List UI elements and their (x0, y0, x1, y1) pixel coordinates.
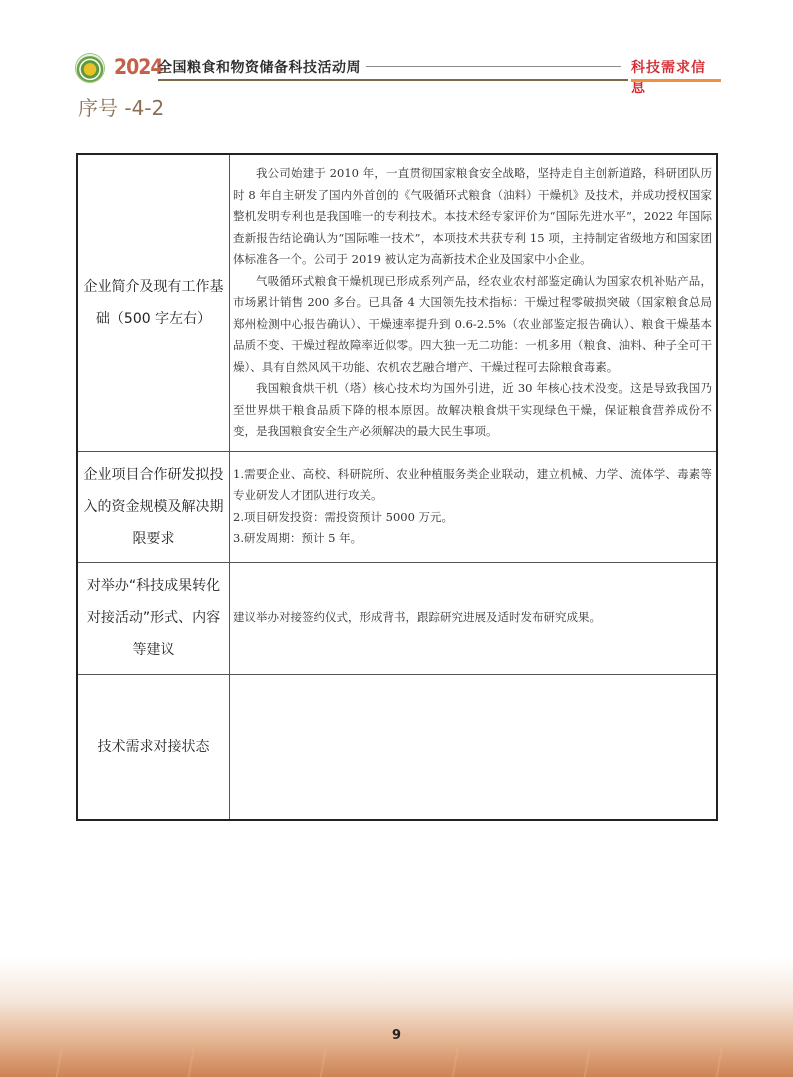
row-content: 我公司始建于 2010 年，一直贯彻国家粮食安全战略，坚持走自主创新道路，科研团… (230, 154, 718, 451)
section-tag: 科技需求信息 (631, 57, 720, 97)
page-number: 9 (0, 1028, 793, 1043)
page-header: 2024 全国粮食和物资储备科技活动周 科技需求信息 (76, 52, 720, 86)
paragraph: 气吸循环式粮食干燥机现已形成系列产品，经农业农村部鉴定确认为国家农机补贴产品，市… (233, 271, 712, 379)
paragraph: 1.需要企业、高校、科研院所、农业种植服务类企业联动，建立机械、力学、流体学、毒… (233, 464, 712, 507)
footer-background (0, 957, 793, 1077)
paragraph: 我公司始建于 2010 年，一直贯彻国家粮食安全战略，坚持走自主创新道路，科研团… (233, 163, 712, 271)
header-underline (158, 79, 628, 81)
serial-number: 序号 -4-2 (78, 92, 164, 121)
table-row: 企业简介及现有工作基础（500 字左右） 我公司始建于 2010 年，一直贯彻国… (77, 154, 717, 451)
paragraph: 3.研发周期：预计 5 年。 (233, 528, 712, 550)
tech-demand-table: 企业简介及现有工作基础（500 字左右） 我公司始建于 2010 年，一直贯彻国… (76, 153, 718, 821)
paragraph: 我国粮食烘干机（塔）核心技术均为国外引进，近 30 年核心技术没变。这是导致我国… (233, 378, 712, 443)
header-divider-thin (366, 66, 621, 67)
row-content-empty (230, 674, 718, 820)
row-content: 1.需要企业、高校、科研院所、农业种植服务类企业联动，建立机械、力学、流体学、毒… (230, 451, 718, 562)
row-label: 对举办“科技成果转化对接活动”形式、内容等建议 (77, 562, 230, 674)
event-year: 2024 (114, 55, 163, 79)
row-label: 企业简介及现有工作基础（500 字左右） (77, 154, 230, 451)
paragraph: 建议举办对接签约仪式，形成背书，跟踪研究进展及适时发布研究成果。 (233, 607, 712, 629)
row-content: 建议举办对接签约仪式，形成背书，跟踪研究进展及适时发布研究成果。 (230, 562, 718, 674)
table-row: 对举办“科技成果转化对接活动”形式、内容等建议 建议举办对接签约仪式，形成背书，… (77, 562, 717, 674)
event-title: 全国粮食和物资储备科技活动周 (158, 57, 361, 77)
paragraph: 2.项目研发投资：需投资预计 5000 万元。 (233, 507, 712, 529)
row-label: 技术需求对接状态 (77, 674, 230, 820)
section-tag-underline (631, 79, 721, 82)
row-label: 企业项目合作研发拟投入的资金规模及解决期限要求 (77, 451, 230, 562)
table-row: 企业项目合作研发拟投入的资金规模及解决期限要求 1.需要企业、高校、科研院所、农… (77, 451, 717, 562)
table-row: 技术需求对接状态 (77, 674, 717, 820)
grain-reserve-emblem-icon (76, 54, 104, 82)
